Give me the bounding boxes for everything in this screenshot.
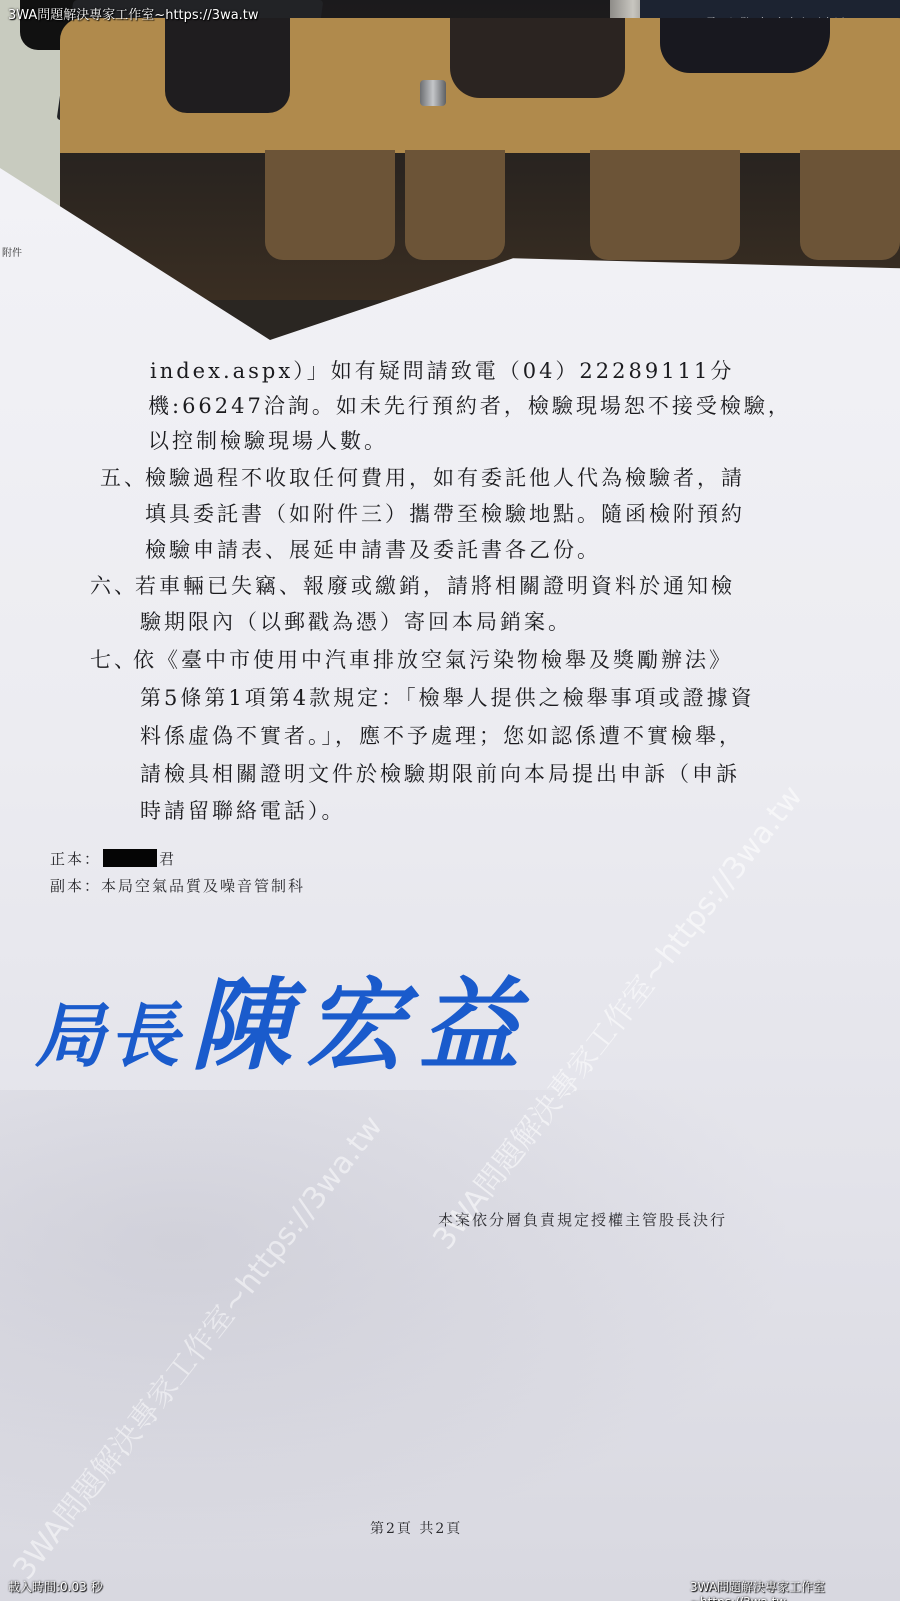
text-line: 料係虛偽不實者。」，應不予處理；您如認係遭不實檢舉， [140,720,743,750]
tray-cup [405,150,505,260]
copy-value: 本局空氣品質及噪音管制科 [101,877,305,895]
item-number: 六、 [90,570,138,600]
copy-label: 副本： [50,877,101,895]
tray-cell [165,18,290,113]
text-line: 填具委託書（如附件三）攜帶至檢驗地點。隨函檢附預約 [145,498,745,528]
egg-tray [60,18,900,153]
seal-name: 陳宏益 [191,966,533,1084]
tray-cell [660,18,830,73]
metal-bolt [420,80,446,106]
page-indicator: 第2頁 共2頁 [370,1518,462,1538]
text-line: 依《臺中市使用中汽車排放空氣污染物檢舉及獎勵辦法》 [133,644,733,674]
bottom-watermark: 3WA問題解決專家工作室~https://3wa.tw [690,1578,900,1601]
item-number: 七、 [90,644,138,674]
margin-mark: 附件 [2,244,22,259]
load-time: 載入時間:0.03 秒 [8,1578,103,1595]
text-line: 請檢具相關證明文件於檢驗期限前向本局提出申訴（申訴 [140,758,740,788]
text-line: 以控制檢驗現場人數。 [148,425,388,455]
original-label: 正本： [50,850,101,868]
tray-cell [450,18,625,98]
tray-cup [590,150,740,260]
redacted-name [103,849,157,867]
copy-recipient: 副本：本局空氣品質及噪音管制科 [50,875,305,896]
tray-cup [800,150,900,260]
text-line: 若車輛已失竊、報廢或繳銷，請將相關證明資料於通知檢 [135,570,735,600]
text-line: 時請留聯絡電話）。 [140,795,346,825]
text-line: 檢驗過程不收取任何費用，如有委託他人代為檢驗者，請 [145,462,745,492]
text-line: index.aspx）」如有疑問請致電（04）22289111分 [150,355,734,385]
tray-cup [265,150,395,260]
text-line: 機:66247洽詢。如未先行預約者，檢驗現場恕不接受檢驗， [148,390,792,420]
seal-title: 局長 [35,994,183,1077]
original-recipient: 正本：君 [50,848,176,869]
original-suffix: 君 [159,850,176,868]
top-watermark: 3WA問題解決專家工作室~https://3wa.tw [8,4,259,23]
director-seal: 局長陳宏益 [35,945,533,1089]
text-line: 檢驗申請表、展延申請書及委託書各乙份。 [145,534,601,564]
text-line: 驗期限內（以郵戳為憑）寄回本局銷案。 [140,606,572,636]
text-line: 第5條第1項第4款規定：「檢舉人提供之檢舉事項或證據資 [140,682,755,712]
item-number: 五、 [100,462,148,492]
